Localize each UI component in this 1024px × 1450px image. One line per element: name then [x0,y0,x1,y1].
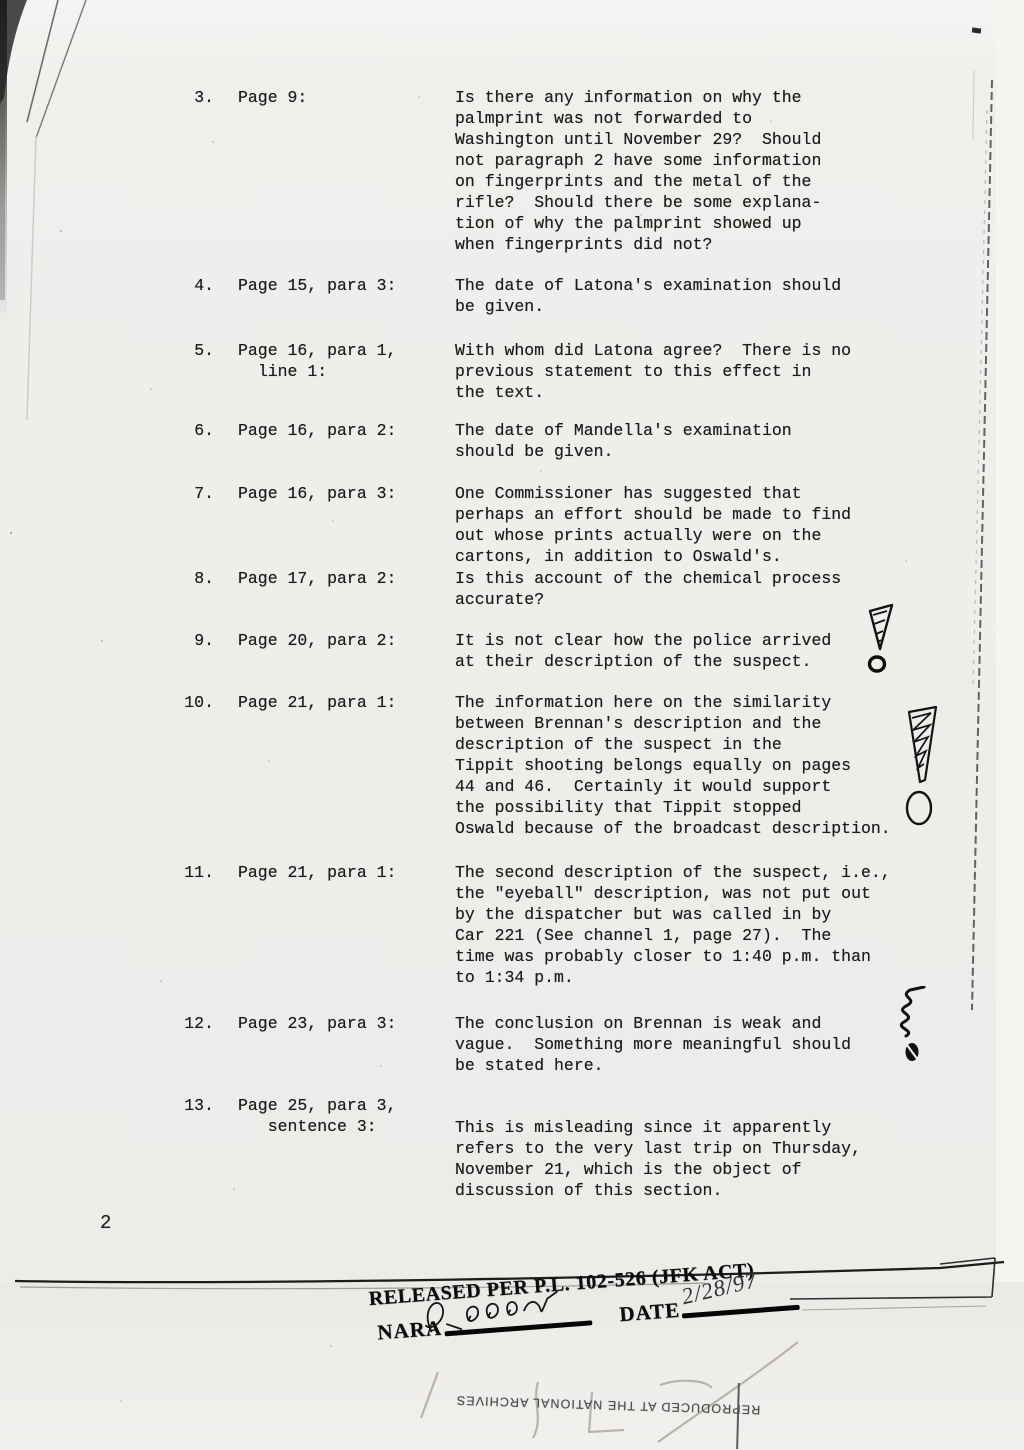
item-num: 11. [168,862,214,883]
item-comment: It is not clear how the police arrived a… [455,630,955,672]
item-ref: Page 16, para 2: [238,420,448,441]
scan-edge-shadow [0,0,7,330]
scanned-document-page: 3.Page 9:Is there any information on why… [0,0,1024,1450]
item-comment: The second description of the suspect, i… [455,862,955,988]
item-comment: The conclusion on Brennan is weak and va… [455,1013,955,1076]
item-comment: The date of Latona's examination should … [455,275,955,317]
item-num: 7. [168,483,214,504]
stamp-date-label: DATE [619,1300,681,1325]
item-ref: Page 20, para 2: [238,630,448,651]
scan-artifact-dash [972,27,982,33]
item-ref: Page 16, para 1, line 1: [238,340,448,382]
item-num: 13. [168,1095,214,1116]
item-ref: Page 23, para 3: [238,1013,448,1034]
scan-noise-specks [0,0,2,2]
item-ref: Page 25, para 3, sentence 3: [238,1095,448,1137]
item-num: 4. [168,275,214,296]
item-num: 10. [168,692,214,713]
item-num: 9. [168,630,214,651]
item-ref: Page 21, para 1: [238,862,448,883]
item-num: 6. [168,420,214,441]
item-ref: Page 15, para 3: [238,275,448,296]
page-number: 2 [100,1212,111,1234]
page-edge-light-band [996,0,1024,1285]
item-num: 5. [168,340,214,361]
item-ref: Page 16, para 3: [238,483,448,504]
item-comment: One Commissioner has suggested that perh… [455,483,955,567]
item-comment: Is there any information on why the palm… [455,87,955,255]
item-ref: Page 9: [238,87,448,108]
corner-fold-artifact [0,0,170,430]
item-ref: Page 21, para 1: [238,692,448,713]
item-comment: With whom did Latona agree? There is no … [455,340,955,403]
item-comment: The information here on the similarity b… [455,692,955,839]
item-num: 3. [168,87,214,108]
date-line [682,1305,800,1319]
item-num: 12. [168,1013,214,1034]
item-num: 8. [168,568,214,589]
item-comment: This is misleading since it apparently r… [455,1117,955,1201]
item-comment: Is this account of the chemical process … [455,568,955,610]
item-ref: Page 17, para 2: [238,568,448,589]
item-comment: The date of Mandella's examination shoul… [455,420,955,462]
